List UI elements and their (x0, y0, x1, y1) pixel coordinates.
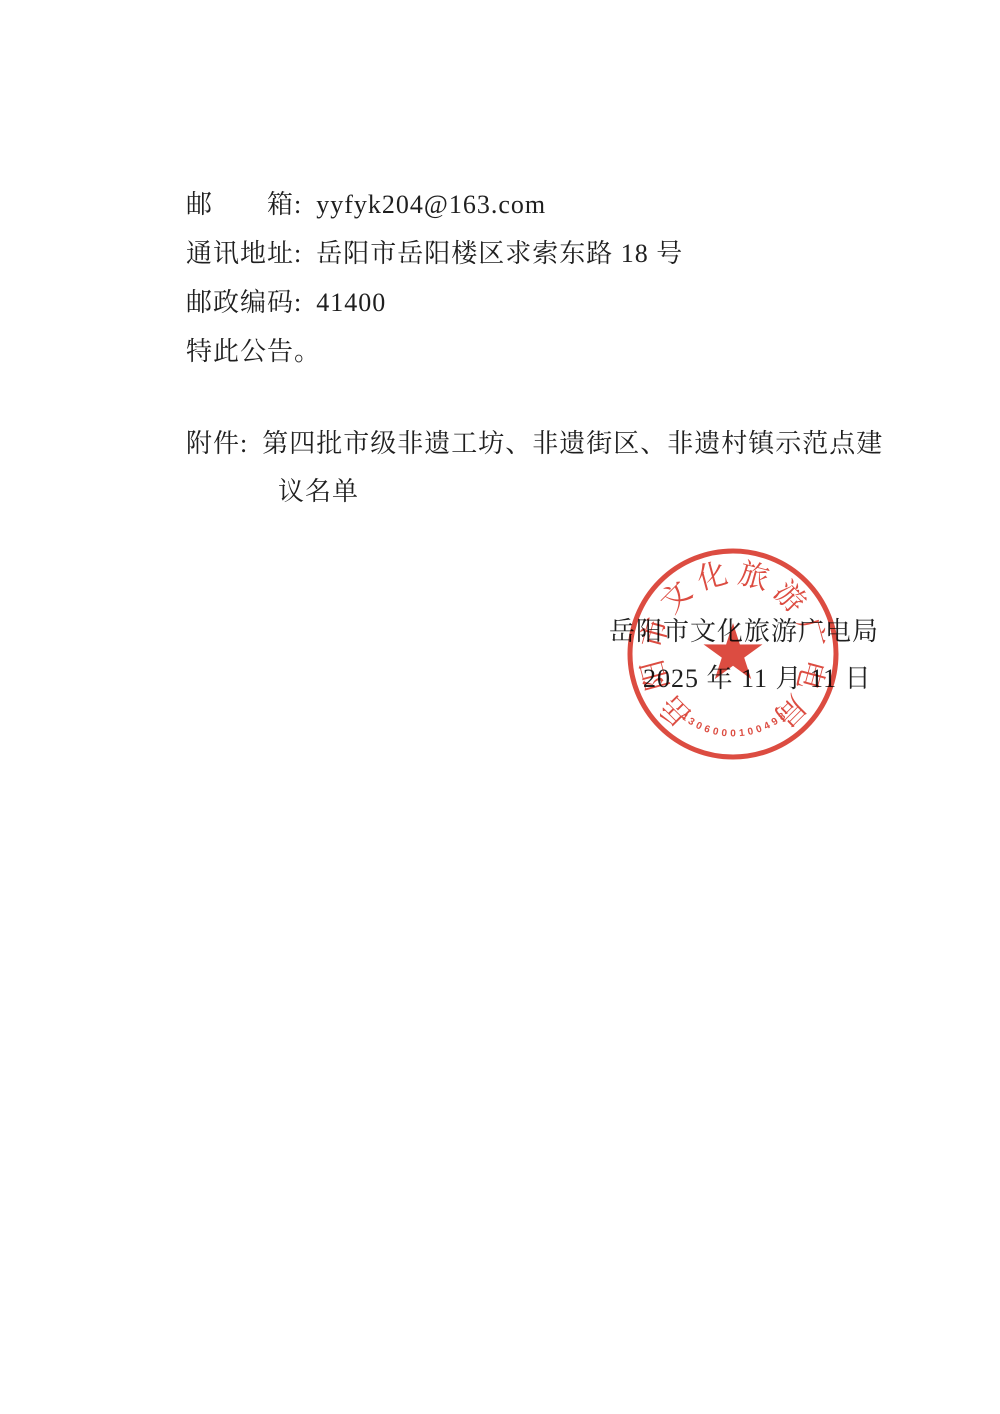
seal-code-digit: 8 (777, 711, 789, 723)
signature-agency: 岳阳市文化旅游广电局 (609, 615, 879, 649)
attachment-title-line1: 第四批市级非遗工坊、非遗街区、非遗村镇示范点建 (262, 429, 883, 458)
contact-label-email: 邮 箱 (186, 180, 294, 229)
official-seal: 岳阳市文化旅游广电局4306000100498 (623, 544, 843, 764)
seal-code-digit: 0 (747, 726, 755, 738)
seal-code-digit: 6 (703, 724, 712, 736)
seal-ring-char: 游 (767, 575, 812, 620)
document-page: 邮 箱:yyfyk204@163.com 通讯地址:岳阳市岳阳楼区求索东路 18… (0, 0, 1000, 1414)
contact-row-email: 邮 箱:yyfyk204@163.com (186, 180, 683, 229)
seal-code-digit: 9 (770, 716, 781, 729)
contact-label-postcode: 邮政编码 (186, 278, 294, 327)
seal-code-digit: 3 (686, 716, 697, 729)
contact-row-address: 通讯地址:岳阳市岳阳楼区求索东路 18 号 (186, 229, 683, 278)
seal-ring-char: 文 (654, 575, 699, 620)
seal-code-digit: 0 (730, 729, 736, 740)
contact-row-postcode: 邮政编码:41400 (186, 278, 683, 327)
attachment-title-line2: 议名单 (278, 468, 883, 516)
contact-value-postcode: 41400 (316, 288, 386, 317)
contact-separator: : (294, 288, 302, 317)
attachment-line1: 附件:第四批市级非遗工坊、非遗街区、非遗村镇示范点建 (186, 420, 883, 468)
contact-separator: : (294, 239, 302, 268)
seal-code-digit: 1 (738, 728, 745, 740)
closing-statement: 特此公告。 (186, 327, 683, 376)
contact-info: 邮 箱:yyfyk204@163.com 通讯地址:岳阳市岳阳楼区求索东路 18… (186, 180, 683, 376)
seal-ring-char: 旅 (735, 557, 773, 597)
seal-code-digit: 0 (712, 726, 720, 738)
signature-date: 2025 年 11 月 11 日 (643, 662, 872, 696)
contact-label-address: 通讯地址 (186, 229, 294, 278)
seal-code-digit: 4 (678, 711, 690, 723)
seal-code-digit: 0 (721, 728, 728, 740)
seal-code-digit: 0 (694, 720, 704, 733)
contact-value-address: 岳阳市岳阳楼区求索东路 18 号 (316, 239, 683, 268)
contact-value-email: yyfyk204@163.com (316, 190, 546, 219)
seal-code-digit: 0 (755, 723, 764, 735)
seal-code-digit: 4 (762, 720, 772, 733)
attachment-label: 附件: (186, 429, 248, 458)
seal-ring-char: 化 (694, 557, 732, 597)
contact-separator: : (294, 190, 302, 219)
attachment-section: 附件:第四批市级非遗工坊、非遗街区、非遗村镇示范点建 议名单 (186, 420, 883, 516)
seal-ring-circle (630, 551, 836, 757)
